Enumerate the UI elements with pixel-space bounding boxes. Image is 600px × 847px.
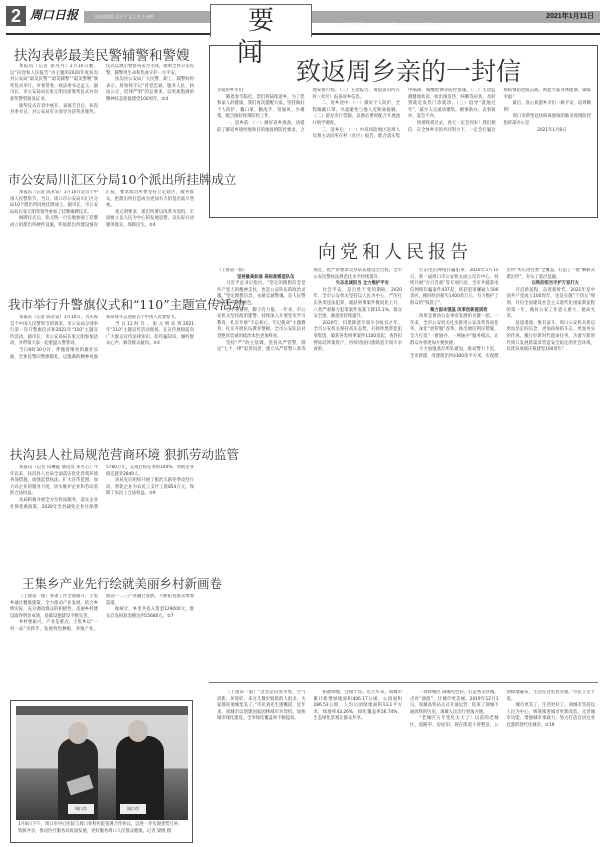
letter-date: 2021年1月8日: [504, 128, 592, 135]
page-number: 2: [6, 6, 26, 26]
paragraph: 二、返乡途中：（一）做好个人防护，全程佩戴口罩，尽量避免与他人近距离接触。（二）…: [313, 101, 401, 127]
section-title: 要闻: [210, 4, 312, 37]
newspaper-logo: 周口日报: [30, 8, 78, 22]
article-headline-5: 王集乡产业先行绘就美丽乡村新画卷: [22, 574, 222, 592]
paragraph: 征途漫漫，惟有奋斗。周口公安机关将以更加坚定的信念、更加昂扬的斗志、更加务实的作…: [507, 321, 596, 354]
name-sign-left: 周口市: [68, 804, 94, 814]
article-body-2: 本报讯（记者 陈永安）1月10日是首个中国人民警察节，当日，周口市公安局川汇区分…: [10, 190, 194, 286]
continuation-note: （上接第一版）: [217, 268, 306, 275]
paragraph: 城市更美了，生活更好了。项城市坚持以人民为中心，统筹推进城市更新改造，完善城市功…: [507, 703, 596, 729]
article-headline-4: 扶沟县人社局规范营商环境 狠抓劳动监管: [10, 445, 239, 463]
paragraph: 张元明要求，派出所要以改革为契机，牢固树立以人民为中心的发展思想，以实际行动服务…: [106, 210, 194, 230]
article-body-1: 本报讯（记者 徐丹丹）1月10日晚，以“向党和人民报告”为主题的2020年度扶沟…: [10, 64, 194, 162]
paragraph: 扶沟县公安局广大民警、职工、辅警纷纷表示，将始终牢记“对党忠诚、服务人民、执法公…: [106, 77, 194, 103]
paragraph: 本报讯（记者 徐丹丹）1月10日晚，以“向党和人民报告”为主题的2020年度扶沟…: [10, 64, 98, 104]
paragraph: 随着春节临近，您们将陆续返乡。为了您和家人的健康，我们再次提醒大家，坚持做好个人…: [217, 95, 305, 121]
news-photo-frame: 周口市 周口市 1月8日下午，周口市中心医院与周口骨科医院签署合作协议，以进一步…: [10, 700, 193, 843]
paragraph: 心中有信仰，脚下有力量。一年来，市公安机关坚持政治建警，持续深入开展党史学习教育…: [217, 308, 306, 341]
letter-headline: 致返周乡亲的一封信: [296, 52, 521, 88]
paragraph: 最后，真心祝愿乡亲们一路平安，返周顺利！: [504, 101, 592, 114]
section-divider: [209, 682, 598, 683]
continuation-body: （上接第一版）“这里是山清水秀，空气清新，环境好，来这儿散步锻炼的人很多，大家都…: [217, 690, 595, 840]
feature-subhead: 以铁的担当守护万家灯火: [507, 281, 596, 288]
issue-date: 2021年1月11日: [546, 11, 594, 23]
signing-ceremony-photo: 周口市 周口市: [16, 706, 188, 820]
email: E-mail:zkrbyw@126.com: [370, 22, 442, 27]
paragraph: 一屏新城区 满城见色彩。打造秀美县城，点亮“颜值”，让城市更美丽。2019年12…: [410, 690, 499, 716]
paragraph: 当日11时许，张元明来到2021年“110”主题宣传活动现场，在宣传展板前向广大…: [106, 322, 194, 348]
feature-body: （上接第一版） 坚持最高标准 高标准锻造队伍 习近平总书记指出，“坚定的理想信念…: [217, 268, 595, 624]
letter-signature: 周口市新型冠状病毒感染的肺炎疫情防控指挥部办公室: [504, 114, 592, 127]
article-body-3: 本报讯（记者 陈永安）1月10日，为庆祝首个中国人民警察节的到来，市公安局分别举…: [10, 315, 194, 435]
paragraph: 本报讯（记者 陈永安）1月10日，为庆祝首个中国人民警察节的到来，市公安局分别举…: [10, 315, 98, 348]
article-body-4: 本报讯（记者 田琳鑫 通讯员 朱可心）今年以来，扶沟县人社局全面落实优化营商环境…: [10, 465, 194, 563]
paragraph: 本报讯（记者 陈永安）1月10日是首个中国人民警察节，当日，周口市公安局川汇区分…: [10, 190, 98, 216]
name-sign-right: 周口市: [120, 804, 146, 814]
paragraph: 开启新征程，奋进新时代。2021年是中国共产党成立100周年，也是实施“十四五”…: [507, 288, 596, 321]
paragraph: 社会平安，是百姓不变的期盼。2020年，全市公安机关坚持以人民为中心，严厉打击各…: [314, 288, 403, 321]
paragraph: （上接第一版）“这里是山清水秀，空气清新，环境好，来这儿散步锻炼的人很多，大家都…: [217, 690, 306, 723]
article-body-5: （上接第一版）各项工作全面铺开，王集乡通过精准施策，全力推动产业发展，结合乡情实…: [10, 594, 194, 692]
person-right-head: [128, 720, 148, 742]
paragraph: 该局先后组织开展了根治欠薪冬季攻坚行动，督促企业为农民工支付工资854万元，保障…: [106, 478, 194, 498]
paragraph: 据统计，乡里共投入资金129000元，群众自发捐款金额达到15680元。②7: [106, 607, 194, 620]
paragraph: 打击电信网络诈骗犯罪，2020年5月15日，新一届周口市公安机关成立反诈中心，持…: [410, 268, 499, 308]
photo-caption: 1月8日下午，周口市中心医院与周口骨科医院签署合作协议，以进一步实现优势互补、资…: [18, 822, 186, 835]
paragraph: （上接第一版）各项工作全面铺开，王集乡通过精准施策，全力推动产业发展，结合乡情实…: [10, 594, 98, 620]
article-headline-1: 扶沟表彰最美民警辅警和警嫂: [14, 44, 190, 64]
paragraph: 改革是推动公安事业发展的关键一招。一年来，全市公安机关扎实推进公安改革各项任务，…: [410, 314, 499, 347]
letter-salutation: 亲爱的乡亲们：: [217, 88, 305, 95]
paragraph: 2020年，扫黑除恶专项斗争收官之年。全市公安机关保持高压态势，打掉涉黑涉恶犯罪…: [314, 321, 403, 354]
paragraph: 本报讯（记者 田琳鑫 通讯员 朱可心）今年以来，扶沟县人社局全面落实优化营商环境…: [10, 465, 98, 498]
paragraph: 拓展绿地，还绿于民。近几年来，项城市累计新增绿地面积406.17公顷，公园面积2…: [314, 690, 403, 723]
letter-body: 亲爱的乡亲们： 随着春节临近，您们将陆续返乡。为了您和家人的健康，我们再次提醒大…: [217, 88, 591, 212]
article-headline-2: 市公安局川汇区分局10个派出所挂牌成立: [8, 170, 236, 188]
feature-subhead: 矢志忠诚担当 全力维护平安: [314, 281, 403, 288]
editor-bar: 总值班编辑 吴宗平 孟艺豪 王晓维: [84, 11, 210, 23]
person-left-head: [68, 722, 88, 744]
feature-headline: 向党和人民报告: [318, 238, 472, 264]
article-headline-3: 我市举行升警旗仪式和“110”主题宣传活动: [8, 295, 245, 313]
editor-credits: 总值班编辑 吴宗平 孟艺豪 王晓维: [84, 11, 210, 23]
paragraph: 习近平总书记指出，“坚定的理想信念是共产党人的精神支柱，也是公安队伍的政治灵魂。…: [217, 281, 306, 307]
hotline: 电话 8199222: [310, 22, 365, 27]
